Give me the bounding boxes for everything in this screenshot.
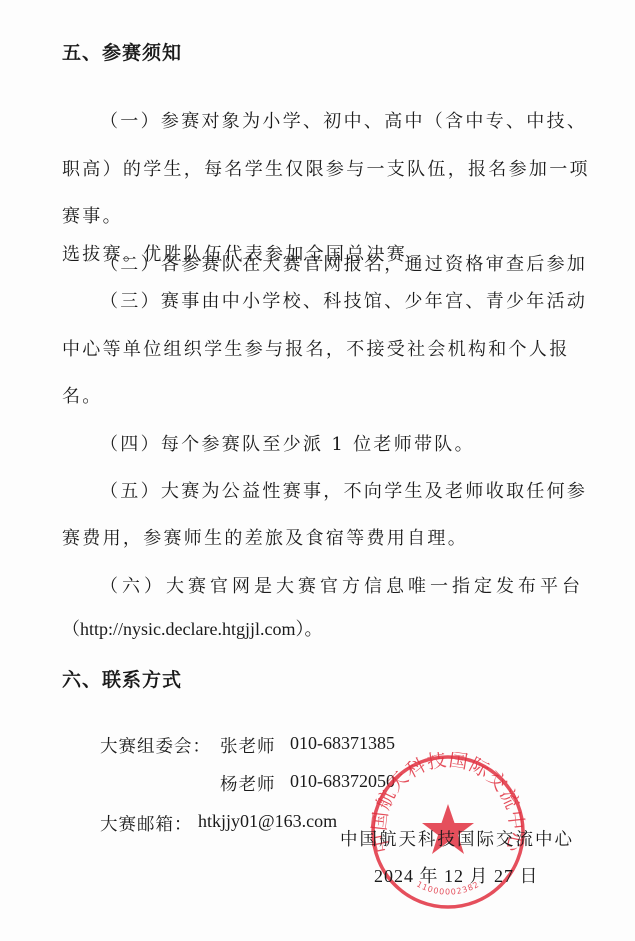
item-3-line-2: 中心等单位组织学生参与报名，不接受社会机构和个人报 <box>62 335 570 361</box>
document-page: 五、参赛须知 （一）参赛对象为小学、初中、高中（含中专、中技、 职高）的学生，每… <box>0 0 635 941</box>
item-4-line-1: （四）每个参赛队至少派 1 位老师带队。 <box>100 430 475 456</box>
item-3-line-3: 名。 <box>62 382 103 408</box>
contact-1-name: 张老师 <box>220 733 276 758</box>
item-5-line-2: 赛费用，参赛师生的差旅及食宿等费用自理。 <box>62 524 468 550</box>
contact-2-name: 杨老师 <box>220 771 276 796</box>
signing-organization: 中国航天科技国际交流中心 <box>340 826 574 851</box>
item-1-line-3: 赛事。 <box>62 202 123 228</box>
email-label: 大赛邮箱： <box>100 811 193 836</box>
email-link[interactable]: htkjjy01@163.com <box>198 811 337 832</box>
contact-1-phone: 010-68371385 <box>290 733 395 754</box>
item-1-line-1: （一）参赛对象为小学、初中、高中（含中专、中技、 <box>100 107 587 133</box>
section-heading-notice: 五、参赛须知 <box>62 38 182 65</box>
committee-label: 大赛组委会： <box>100 733 211 758</box>
section-heading-contact: 六、联系方式 <box>62 665 182 692</box>
item-2-line-2: 选拔赛。优胜队伍代表参加全国总决赛。 <box>62 240 427 266</box>
item-6-line-1: （六）大赛官网是大赛官方信息唯一指定发布平台 <box>100 572 584 598</box>
item-5-line-1: （五）大赛为公益性赛事，不向学生及老师收取任何参 <box>100 477 587 503</box>
item-3-line-1: （三）赛事由中小学校、科技馆、少年宫、青少年活动 <box>100 287 587 313</box>
official-website-link[interactable]: （http://nysic.declare.htgjjl.com）。 <box>62 615 322 641</box>
item-1-line-2: 职高）的学生，每名学生仅限参与一支队伍，报名参加一项 <box>62 155 590 181</box>
signing-date: 2024 年 12 月 27 日 <box>374 862 539 888</box>
